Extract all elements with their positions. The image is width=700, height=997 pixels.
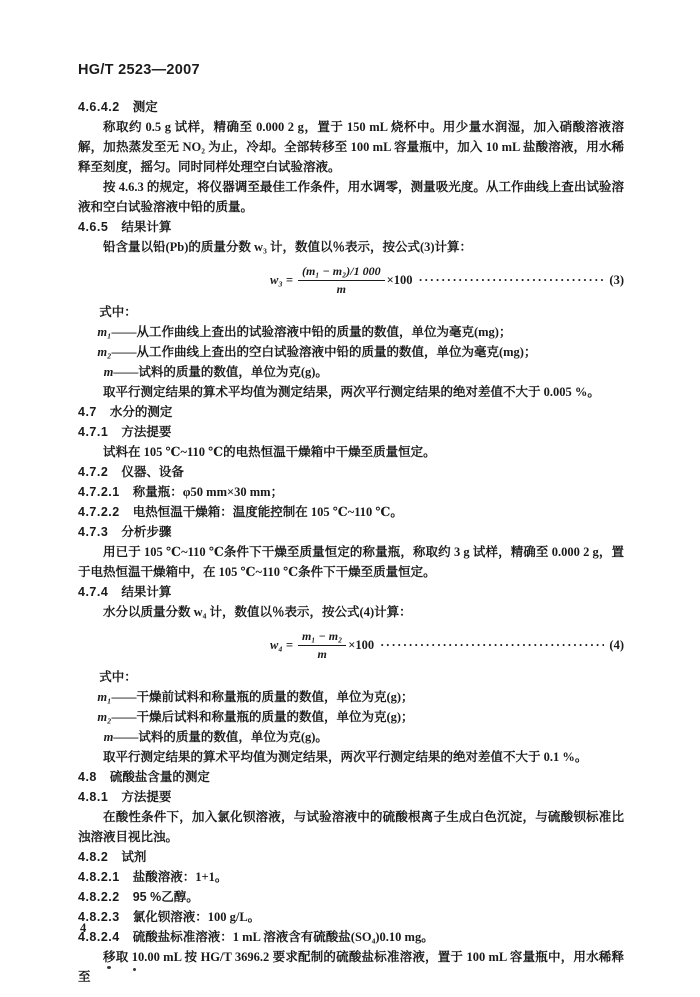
variable-symbol: m₂ [97, 710, 111, 724]
fraction-numerator: (m₁ − m₂)/1 000 [298, 264, 385, 281]
section-number: 4.8 [78, 770, 97, 784]
paragraph: 试料在 105 ℃~110 ℃的电热恒温干燥箱中干燥至质量恒定。 [78, 442, 624, 462]
definition-dash: —— [113, 730, 138, 744]
formula-multiplier: ×100 [387, 270, 413, 290]
fraction-numerator: m₁ − m₂ [298, 629, 346, 646]
formula-fraction: (m₁ − m₂)/1 000 m [298, 264, 385, 297]
clause-term: 硫酸盐标准溶液 [133, 930, 221, 944]
page-content: HG/T 2523—2007 4.6.4.2测定 称取约 0.5 g 试样，精确… [78, 62, 624, 987]
document-body: 4.6.4.2测定 称取约 0.5 g 试样，精确至 0.000 2 g，置于 … [78, 97, 624, 987]
where-clause: 式中： [78, 302, 624, 322]
formula-4: w₄ = m₁ − m₂ m ×100 ····················… [78, 628, 624, 662]
clause-term: 氯化钡溶液 [133, 910, 196, 924]
clause-term: 电热恒温干燥箱 [133, 505, 221, 519]
standard-number: HG/T 2523—2007 [78, 62, 624, 78]
fraction-denominator: m [337, 281, 346, 297]
clause-text: ：1+1。 [183, 870, 228, 884]
section-title: 结果计算 [121, 220, 171, 234]
section-title: 方法提要 [121, 790, 171, 804]
section-title: 水分的测定 [110, 405, 173, 419]
variable-symbol: m₁ [97, 690, 111, 704]
formula-multiplier: ×100 [348, 635, 374, 655]
clause-term: 95 %乙醇。 [133, 890, 199, 904]
page-number: 4 [80, 921, 86, 936]
clause-number: 4.7.2.2 [78, 505, 120, 519]
formula-3: w₃ = (m₁ − m₂)/1 000 m ×100 ············… [78, 263, 624, 297]
variable-symbol: m [104, 365, 114, 379]
section-heading: 4.7.4结果计算 [78, 582, 624, 602]
document-page: HG/T 2523—2007 4.6.4.2测定 称取约 0.5 g 试样，精确… [0, 0, 700, 997]
section-heading: 4.8.2试剂 [78, 847, 624, 867]
paragraph: 水分以质量分数 w₄ 计，数值以％表示，按公式(4)计算： [78, 602, 624, 622]
ink-speck [107, 966, 111, 969]
paragraph: 用已于 105 ℃~110 ℃条件下干燥至质量恒定的称量瓶，称取约 3 g 试样… [78, 542, 624, 582]
formula-fraction: m₁ − m₂ m [298, 629, 346, 662]
paragraph: 称取约 0.5 g 试样，精确至 0.000 2 g，置于 150 mL 烧杯中… [78, 117, 624, 177]
clause-term: 盐酸溶液 [133, 870, 183, 884]
formula-lhs: w₃ = [270, 270, 293, 290]
formula-lhs: w₄ = [270, 635, 293, 655]
clause-number: 4.7.2.1 [78, 485, 120, 499]
paragraph: 移取 10.00 mL 按 HG/T 3696.2 要求配制的硫酸盐标准溶液，置… [78, 947, 624, 987]
definition-text: 从工作曲线上查出的空白试验溶液中铅的质量的数值，单位为毫克(mg)； [136, 345, 536, 359]
variable-definition: m₂——从工作曲线上查出的空白试验溶液中铅的质量的数值，单位为毫克(mg)； [78, 342, 624, 362]
section-heading: 4.7水分的测定 [78, 402, 624, 422]
paragraph: 按 4.6.3 的规定，将仪器调至最佳工作条件，用水调零，测量吸光度。从工作曲线… [78, 177, 624, 217]
section-heading: 4.8硫酸盐含量的测定 [78, 767, 624, 787]
definition-dash: —— [111, 345, 136, 359]
definition-text: 干燥后试料和称量瓶的质量的数值，单位为克(g)； [136, 710, 413, 724]
definition-dash: —— [111, 690, 136, 704]
section-title: 试剂 [121, 850, 146, 864]
paragraph: 铅含量以铅(Pb)的质量分数 w₃ 计，数值以％表示，按公式(3)计算： [78, 237, 624, 257]
section-heading: 4.7.1方法提要 [78, 422, 624, 442]
clause-line: 4.8.2.1盐酸溶液：1+1。 [78, 867, 624, 887]
clause-line: 4.8.2.295 %乙醇。 [78, 887, 624, 907]
section-heading: 4.8.1方法提要 [78, 787, 624, 807]
variable-symbol: m₁ [97, 325, 111, 339]
section-number: 4.8.1 [78, 790, 108, 804]
section-title: 测定 [133, 100, 158, 114]
section-number: 4.7.2 [78, 465, 108, 479]
variable-symbol: m [104, 730, 114, 744]
formula-dot-leader: ········································… [418, 270, 604, 290]
clause-line: 4.7.2.1称量瓶：φ50 mm×30 mm； [78, 482, 624, 502]
section-number: 4.7.3 [78, 525, 108, 539]
clause-text: ：100 g/L。 [195, 910, 260, 924]
ink-speck [133, 968, 136, 971]
clause-line: 4.8.2.3氯化钡溶液：100 g/L。 [78, 907, 624, 927]
section-number: 4.7.4 [78, 585, 108, 599]
definition-text: 从工作曲线上查出的试验溶液中铅的质量的数值，单位为毫克(mg)； [136, 325, 511, 339]
section-title: 方法提要 [121, 425, 171, 439]
section-number: 4.8.2 [78, 850, 108, 864]
section-title: 硫酸盐含量的测定 [110, 770, 210, 784]
paragraph: 取平行测定结果的算术平均值为测定结果，两次平行测定结果的绝对差值不大于 0.1 … [78, 747, 624, 767]
clause-number: 4.8.2.2 [78, 890, 120, 904]
definition-text: 试料的质量的数值，单位为克(g)。 [138, 730, 328, 744]
section-heading: 4.7.2仪器、设备 [78, 462, 624, 482]
clause-number: 4.8.2.1 [78, 870, 120, 884]
definition-text: 干燥前试料和称量瓶的质量的数值，单位为克(g)； [136, 690, 413, 704]
section-heading: 4.6.4.2测定 [78, 97, 624, 117]
clause-text: ：1 mL 溶液含有硫酸盐(SO₄)0.10 mg。 [220, 930, 433, 944]
section-title: 结果计算 [121, 585, 171, 599]
clause-line: 4.8.2.4硫酸盐标准溶液：1 mL 溶液含有硫酸盐(SO₄)0.10 mg。 [78, 927, 624, 947]
variable-definition: m——试料的质量的数值，单位为克(g)。 [78, 362, 624, 382]
variable-definition: m₂——干燥后试料和称量瓶的质量的数值，单位为克(g)； [78, 707, 624, 727]
fraction-denominator: m [317, 646, 326, 662]
section-number: 4.6.4.2 [78, 100, 120, 114]
section-heading: 4.6.5结果计算 [78, 217, 624, 237]
section-title: 分析步骤 [121, 525, 171, 539]
section-heading: 4.7.3分析步骤 [78, 522, 624, 542]
section-number: 4.6.5 [78, 220, 108, 234]
formula-number: (4) [609, 635, 624, 655]
section-title: 仪器、设备 [121, 465, 184, 479]
section-number: 4.7.1 [78, 425, 108, 439]
variable-symbol: m₂ [97, 345, 111, 359]
formula-number: (3) [609, 270, 624, 290]
paragraph: 取平行测定结果的算术平均值为测定结果，两次平行测定结果的绝对差值不大于 0.00… [78, 382, 624, 402]
variable-definition: m₁——从工作曲线上查出的试验溶液中铅的质量的数值，单位为毫克(mg)； [78, 322, 624, 342]
definition-dash: —— [113, 365, 138, 379]
definition-text: 试料的质量的数值，单位为克(g)。 [138, 365, 328, 379]
where-clause: 式中： [78, 667, 624, 687]
variable-definition: m——试料的质量的数值，单位为克(g)。 [78, 727, 624, 747]
section-number: 4.7 [78, 405, 97, 419]
formula-dot-leader: ········································… [380, 635, 604, 655]
definition-dash: —— [111, 325, 136, 339]
clause-term: 称量瓶 [133, 485, 171, 499]
clause-text: ：φ50 mm×30 mm； [170, 485, 283, 499]
clause-text: ：温度能控制在 105 ℃~110 ℃。 [220, 505, 403, 519]
definition-dash: —— [111, 710, 136, 724]
clause-line: 4.7.2.2电热恒温干燥箱：温度能控制在 105 ℃~110 ℃。 [78, 502, 624, 522]
variable-definition: m₁——干燥前试料和称量瓶的质量的数值，单位为克(g)； [78, 687, 624, 707]
paragraph: 在酸性条件下，加入氯化钡溶液，与试验溶液中的硫酸根离子生成白色沉淀，与硫酸钡标准… [78, 807, 624, 847]
